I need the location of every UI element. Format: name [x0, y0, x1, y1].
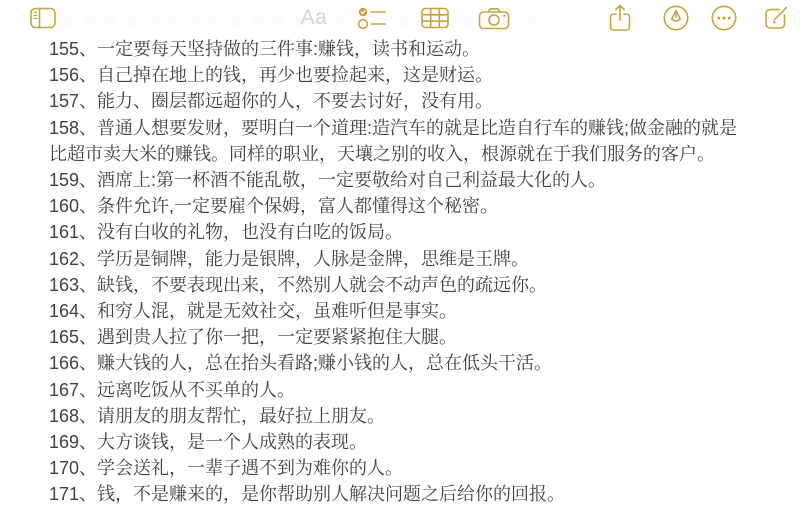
note-line[interactable]: 164、和穷人混，就是无效社交，虽难听但是事实。: [49, 298, 749, 324]
compose-icon: [761, 3, 791, 33]
checklist-icon: [357, 5, 387, 31]
share-icon: [607, 3, 633, 33]
share-button[interactable]: [604, 2, 636, 34]
note-line[interactable]: 160、条件允许,一定要雇个保姆，富人都懂得这个秘密。: [49, 193, 749, 219]
format-text-button[interactable]: Aa: [297, 2, 331, 34]
camera-icon: [478, 5, 510, 31]
note-line[interactable]: 161、没有白收的礼物，也没有白吃的饭局。: [49, 219, 749, 245]
note-line[interactable]: 168、请朋友的朋友帮忙，最好拉上朋友。: [49, 403, 749, 429]
new-note-button[interactable]: [759, 2, 793, 34]
more-options-button[interactable]: [708, 2, 740, 34]
note-body[interactable]: 155、一定要每天坚持做的三件事:赚钱，读书和运动。156、自己掉在地上的钱，再…: [49, 36, 749, 508]
markup-pen-icon: [662, 4, 690, 32]
note-line[interactable]: 162、学历是铜牌，能力是银牌，人脉是金牌，思维是王牌。: [49, 246, 749, 272]
toggle-sidebar-button[interactable]: [27, 2, 59, 34]
note-line[interactable]: 170、学会送礼，一辈子遇不到为难你的人。: [49, 455, 749, 481]
note-line[interactable]: 155、一定要每天坚持做的三件事:赚钱，读书和运动。: [49, 36, 749, 62]
ellipsis-circle-icon: [710, 4, 738, 32]
insert-photo-button[interactable]: [476, 2, 512, 34]
note-line[interactable]: 167、远离吃饭从不买单的人。: [49, 377, 749, 403]
note-line[interactable]: 156、自己掉在地上的钱，再少也要捡起来，这是财运。: [49, 62, 749, 88]
note-line[interactable]: 169、大方谈钱，是一个人成熟的表现。: [49, 429, 749, 455]
markup-button[interactable]: [660, 2, 692, 34]
checklist-button[interactable]: [356, 2, 388, 34]
note-line[interactable]: 171、钱，不是赚来的，是你帮助别人解决问题之后给你的回报。: [49, 481, 749, 507]
toolbar: Aa: [0, 0, 800, 36]
note-line[interactable]: 159、酒席上:第一杯酒不能乱敬，一定要敬给对自己利益最大化的人。: [49, 167, 749, 193]
note-line[interactable]: 165、遇到贵人拉了你一把，一定要紧紧抱住大腿。: [49, 324, 749, 350]
format-text-icon: Aa: [301, 2, 328, 34]
insert-table-button[interactable]: [418, 2, 452, 34]
note-line[interactable]: 157、能力、圈层都远超你的人，不要去讨好，没有用。: [49, 88, 749, 114]
notes-app-window: Aa: [0, 0, 800, 525]
note-line[interactable]: 158、普通人想要发财，要明白一个道理:造汽车的就是比造自行车的赚钱;做金融的就…: [49, 115, 749, 167]
note-line[interactable]: 166、赚大钱的人，总在抬头看路;赚小钱的人，总在低头干活。: [49, 350, 749, 376]
sidebar-icon: [29, 4, 57, 32]
table-icon: [420, 5, 450, 31]
note-line[interactable]: 163、缺钱，不要表现出来，不然别人就会不动声色的疏远你。: [49, 272, 749, 298]
